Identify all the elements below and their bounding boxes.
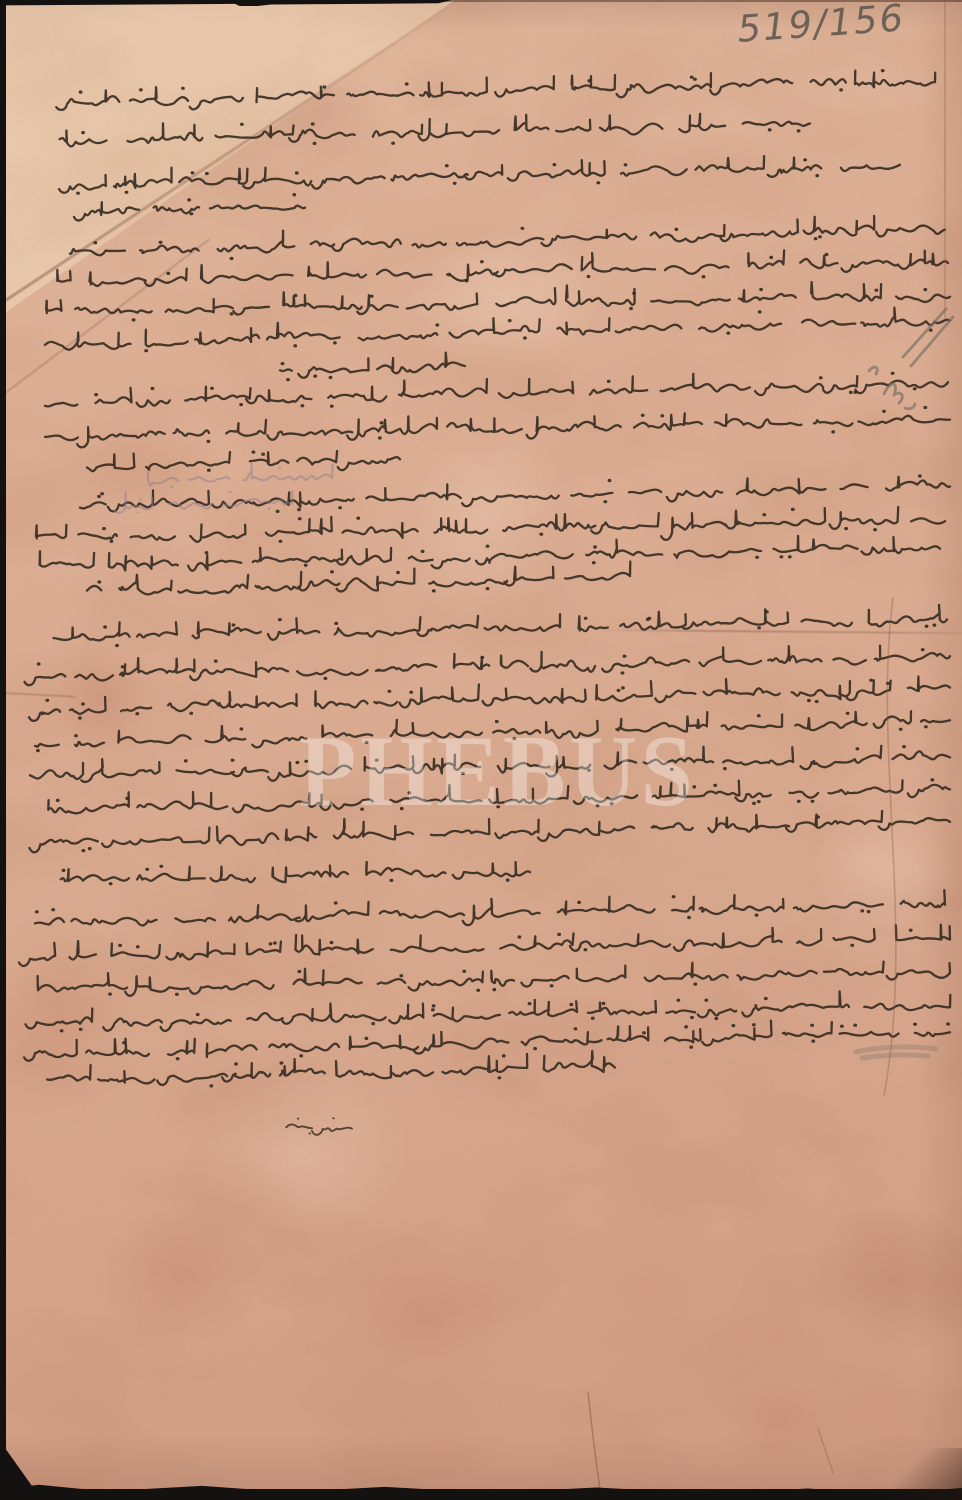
margin-pencil-mark	[869, 309, 953, 409]
top-edge-shadow	[440, 0, 962, 2]
grey-smudge	[856, 1047, 936, 1058]
right-scan-line	[944, 0, 946, 320]
crease-bottom-1	[588, 1392, 600, 1489]
crease-right-curved	[884, 598, 896, 1095]
scan-left-edge	[0, 0, 6, 1500]
shadow-corner-bottom-right	[872, 1448, 962, 1500]
phebus-watermark: PHEBUS	[299, 721, 697, 823]
crease-bottom-2	[818, 1428, 833, 1473]
scanned-manuscript-page: 519/156 PHEBUS	[0, 0, 962, 1500]
